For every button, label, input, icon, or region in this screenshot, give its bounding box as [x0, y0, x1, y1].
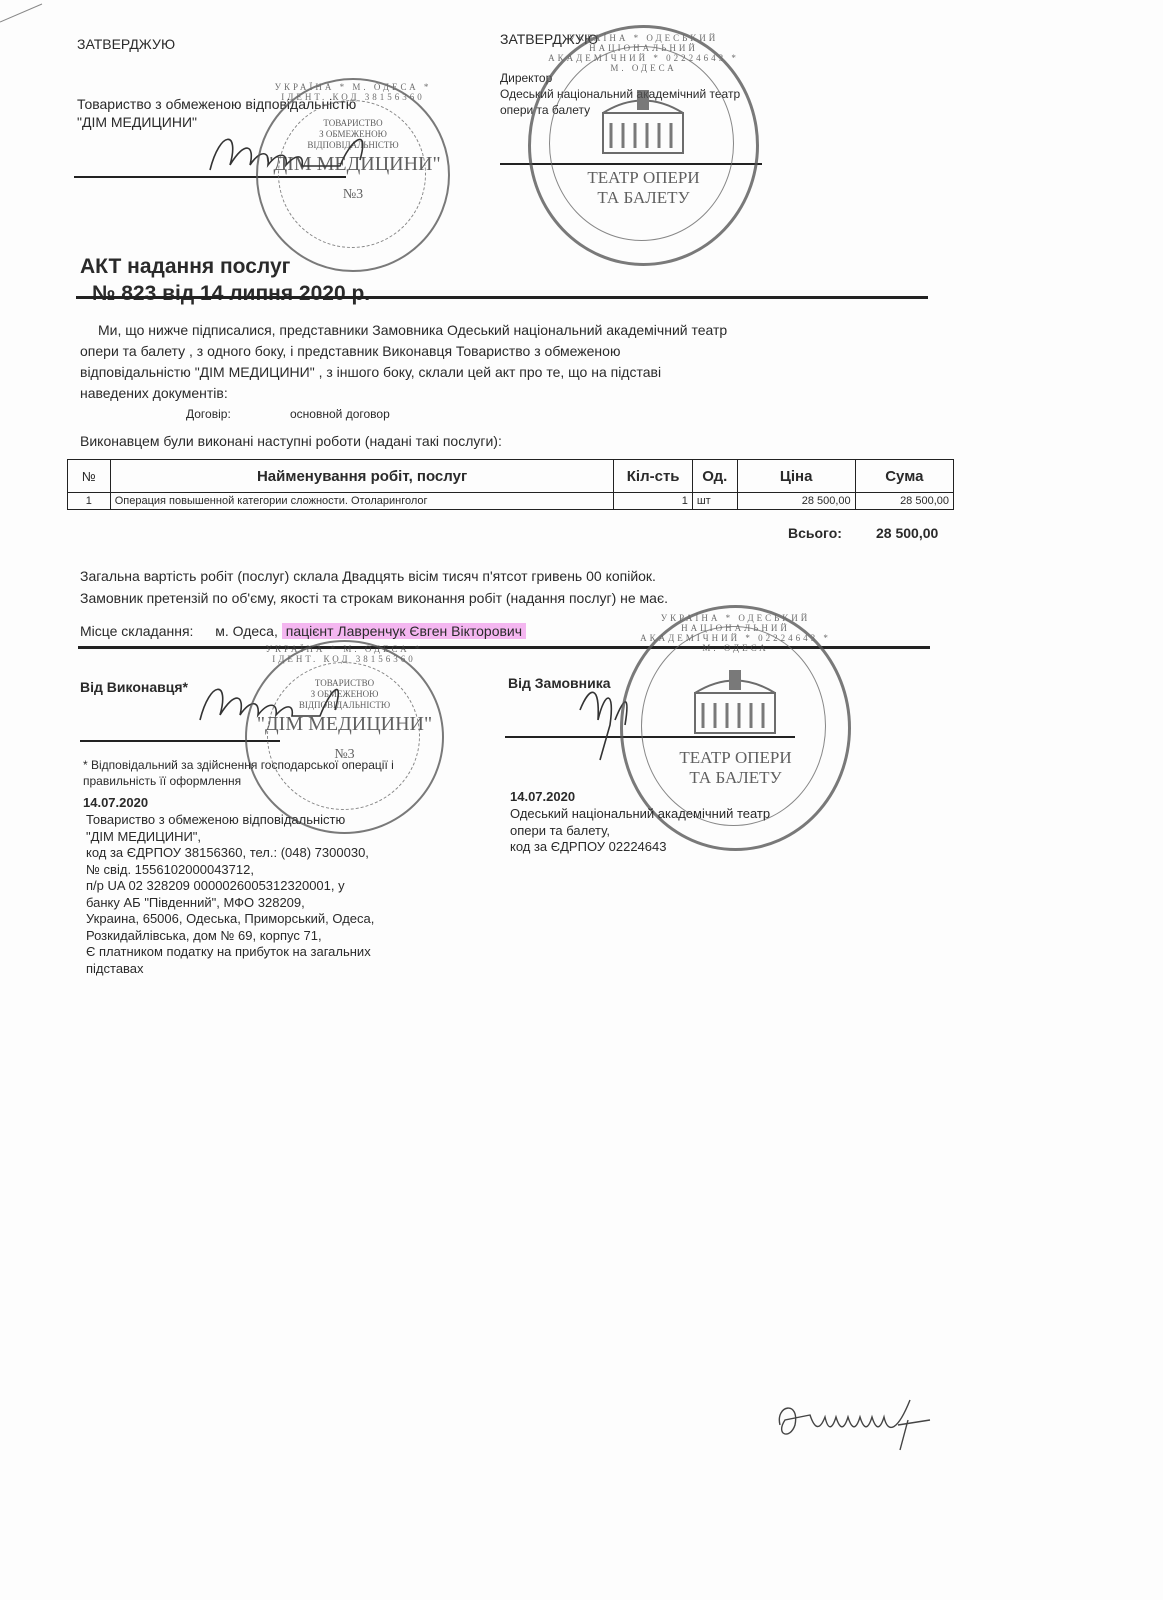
theatre-building-icon	[685, 668, 785, 738]
note-line: * Відповідальний за здійснення господарс…	[83, 757, 394, 773]
customer-details: Одеський національний академічний театр …	[510, 806, 770, 856]
place-value: м. Одеса,	[215, 623, 278, 639]
customer-detail-line: Одеський національний академічний театр	[510, 806, 770, 823]
patient-highlight: пацієнт Лавренчук Євген Вікторович	[282, 623, 526, 639]
executor-date: 14.07.2020	[83, 794, 148, 811]
executor-detail-line: Украина, 65006, Одеська, Приморський, Од…	[86, 911, 374, 928]
executor-details: Товариство з обмеженою відповідальністю …	[86, 812, 374, 977]
summary-line1: Загальна вартість робіт (послуг) склала …	[80, 565, 668, 587]
stamp-ring-text: УКРАЇНА * М. ОДЕСА * ІДЕНТ. КОД 38156360	[268, 82, 438, 102]
executor-stamp-bottom: УКРАЇНА * М. ОДЕСА * ІДЕНТ. КОД 38156360…	[245, 640, 444, 834]
executor-detail-line: підставах	[86, 961, 374, 978]
services-table: № Найменування робіт, послуг Кіл-сть Од.…	[67, 459, 954, 510]
table-row: 1 Операция повышенной категории сложност…	[68, 493, 954, 510]
approve-label-left: ЗАТВЕРДЖУЮ	[77, 35, 175, 53]
stamp-line: ТОВАРИСТВО	[258, 118, 448, 129]
executor-detail-line: банку АБ "Південний", МФО 328209,	[86, 895, 374, 912]
place-row: Місце складання: м. Одеса, пацієнт Лавре…	[80, 622, 526, 640]
stamp-line: З ОБМЕЖЕНОЮ	[247, 689, 442, 700]
cell-unit: шт	[692, 493, 737, 510]
executor-detail-line: п/р UA 02 328209 0000026005312320001, у	[86, 878, 374, 895]
executor-detail-line: "ДІМ МЕДИЦИНИ",	[86, 829, 374, 846]
handwritten-signature	[770, 1395, 950, 1455]
summary: Загальна вартість робіт (послуг) склала …	[80, 565, 668, 609]
executor-detail-line: код за ЄДРПОУ 38156360, тел.: (048) 7300…	[86, 845, 374, 862]
intro-paragraph: Ми, що нижче підписалися, представники З…	[80, 320, 727, 404]
stamp-line: №3	[258, 185, 448, 205]
cell-no: 1	[68, 493, 111, 510]
executor-detail-line: Товариство з обмеженою відповідальністю	[86, 812, 374, 829]
col-price: Ціна	[737, 460, 855, 493]
table-header-row: № Найменування робіт, послуг Кіл-сть Од.…	[68, 460, 954, 493]
stamp-line: ТЕАТР ОПЕРИ	[531, 168, 756, 188]
cell-price: 28 500,00	[737, 493, 855, 510]
works-intro: Виконавцем були виконані наступні роботи…	[80, 432, 502, 450]
customer-detail-line: опери та балету,	[510, 823, 770, 840]
executor-detail-line: № свід. 1556102000043712,	[86, 862, 374, 879]
cell-qty: 1	[614, 493, 692, 510]
note-line: правильність її оформлення	[83, 773, 394, 789]
stamp-line: "ДІМ МЕДИЦИНИ"	[247, 711, 442, 737]
contract-value: основной договор	[290, 406, 390, 422]
scan-corner-mark	[0, 0, 50, 25]
stamp-line: "ДІМ МЕДИЦИНИ"	[258, 151, 448, 177]
intro-line: наведених документів:	[80, 383, 727, 404]
executor-detail-line: Є платником податку на прибуток на загал…	[86, 944, 374, 961]
title-line2: № 823 від 14 липня 2020 р.	[80, 280, 370, 307]
summary-line2: Замовник претензій по об'єму, якості та …	[80, 587, 668, 609]
col-name: Найменування робіт, послуг	[110, 460, 614, 493]
cell-sum: 28 500,00	[855, 493, 953, 510]
theatre-building-icon	[593, 88, 693, 158]
stamp-line: ВІДПОВІДАЛЬНІСТЮ	[258, 140, 448, 151]
stamp-ring-text: УКРАЇНА * ОДЕСЬКИЙ НАЦІОНАЛЬНИЙ АКАДЕМІЧ…	[638, 613, 833, 653]
customer-detail-line: код за ЄДРПОУ 02224643	[510, 839, 770, 856]
customer-date: 14.07.2020	[510, 788, 575, 805]
place-label: Місце складання:	[80, 623, 193, 639]
stamp-ring-text: УКРАЇНА * М. ОДЕСА * ІДЕНТ. КОД 38156360	[259, 644, 429, 664]
stamp-line: З ОБМЕЖЕНОЮ	[258, 129, 448, 140]
stamp-line: ТА БАЛЕТУ	[531, 188, 756, 208]
customer-stamp-top: УКРАЇНА * ОДЕСЬКИЙ НАЦІОНАЛЬНИЙ АКАДЕМІЧ…	[528, 25, 759, 266]
total-label: Всього:	[788, 524, 842, 542]
total-value: 28 500,00	[876, 524, 938, 542]
col-sum: Сума	[855, 460, 953, 493]
responsible-note: * Відповідальний за здійснення господарс…	[83, 757, 394, 789]
stamp-line: ТА БАЛЕТУ	[623, 768, 848, 788]
title-line1: АКТ надання послуг	[80, 253, 370, 280]
stamp-line: ТОВАРИСТВО	[247, 678, 442, 689]
col-unit: Од.	[692, 460, 737, 493]
stamp-ring-text: УКРАЇНА * ОДЕСЬКИЙ НАЦІОНАЛЬНИЙ АКАДЕМІЧ…	[546, 33, 741, 73]
intro-line: відповідальністю "ДІМ МЕДИЦИНИ" , з іншо…	[80, 362, 727, 383]
executor-label: Від Виконавця*	[80, 678, 188, 696]
stamp-line: ТЕАТР ОПЕРИ	[623, 748, 848, 768]
stamp-line: ВІДПОВІДАЛЬНІСТЮ	[247, 700, 442, 711]
col-qty: Кіл-сть	[614, 460, 692, 493]
cell-name: Операция повышенной категории сложности.…	[110, 493, 614, 510]
title-underline	[76, 296, 928, 299]
executor-stamp-top: УКРАЇНА * М. ОДЕСА * ІДЕНТ. КОД 38156360…	[256, 78, 450, 272]
col-no: №	[68, 460, 111, 493]
intro-line: Ми, що нижче підписалися, представники З…	[80, 320, 727, 341]
intro-line: опери та балету , з одного боку, і предс…	[80, 341, 727, 362]
executor-detail-line: Розкидайлівська, дом № 69, корпус 71,	[86, 928, 374, 945]
contract-label: Договір:	[186, 406, 231, 422]
